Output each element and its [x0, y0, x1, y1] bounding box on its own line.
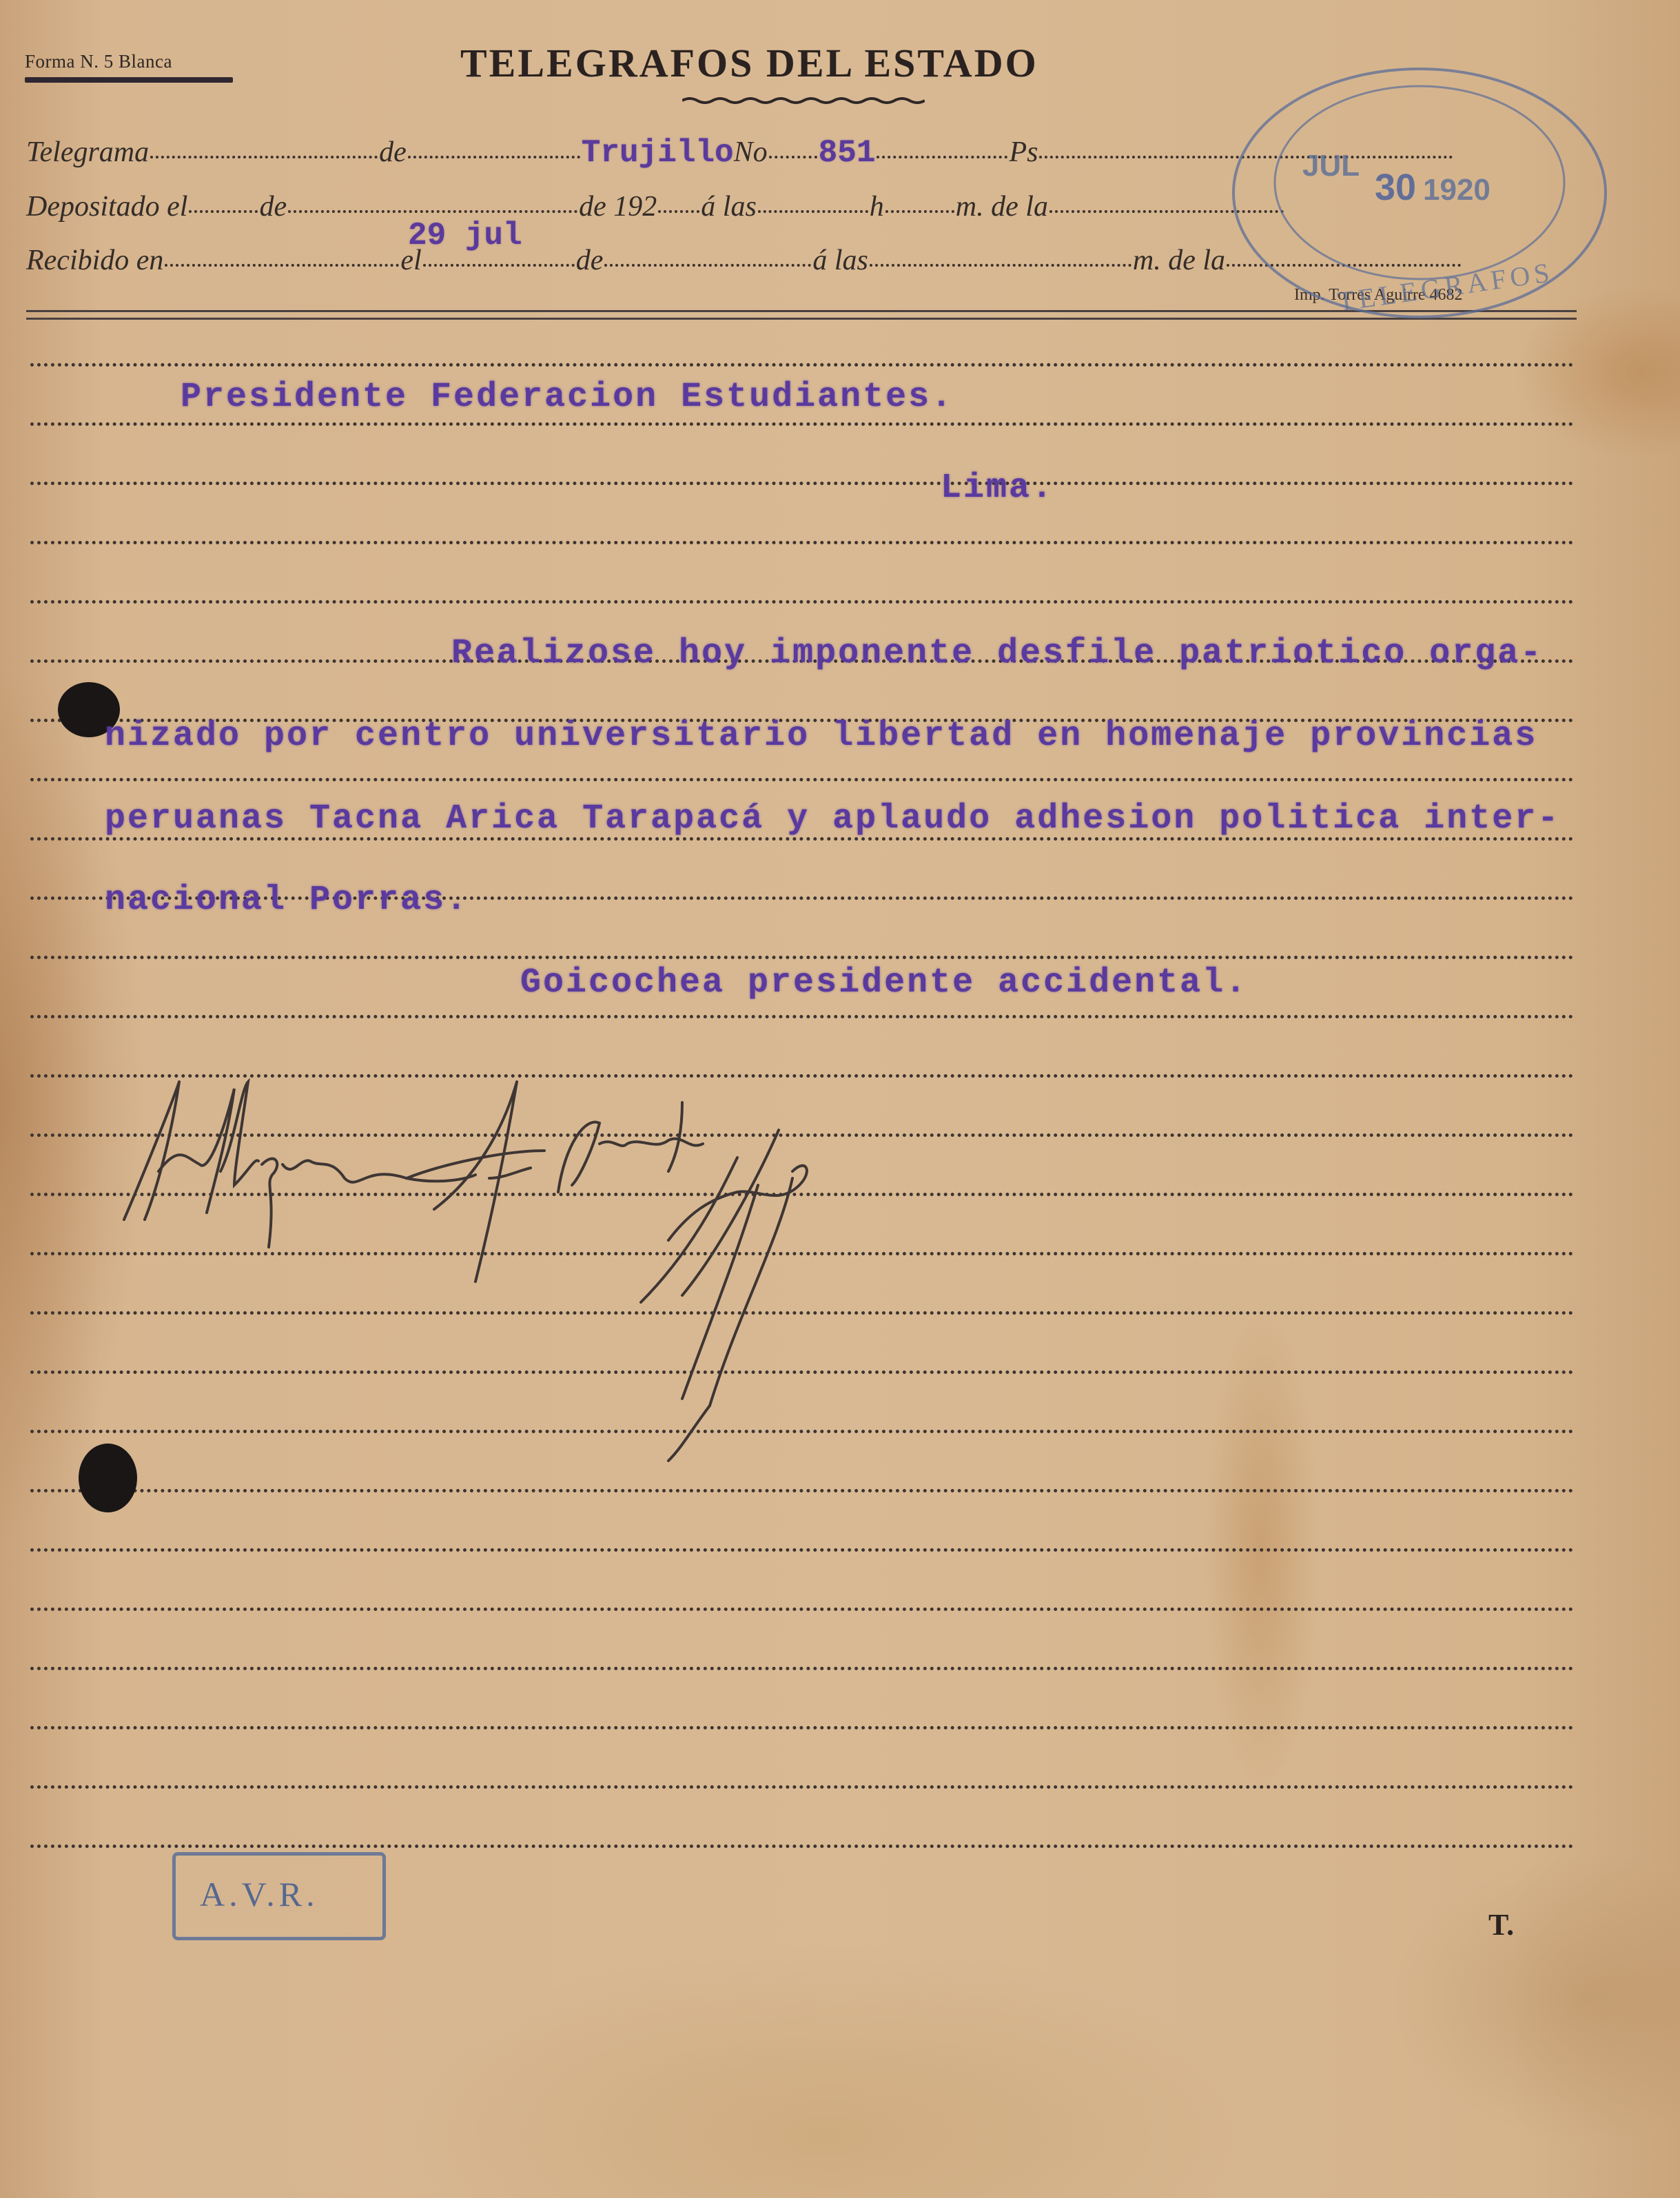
ruled-line: [30, 778, 1574, 781]
no-blank-lead: [769, 156, 817, 158]
stamp-ring-text: TELEGRAFOS: [1335, 256, 1555, 317]
m-de-la-label: m. de la: [1133, 245, 1225, 276]
stamp-month: JUL: [1302, 149, 1360, 183]
el-blank: [423, 264, 575, 267]
a-las-label: á las: [701, 191, 757, 223]
telegrama-blank: [150, 156, 378, 158]
m-de-la-label: m. de la: [956, 191, 1048, 223]
h-label: h: [870, 191, 884, 223]
el-label: el: [400, 245, 421, 276]
de-label: de: [576, 245, 604, 276]
ruled-line: [30, 1845, 1574, 1848]
recibido-hour-blank: [870, 264, 1131, 267]
message-line-3: peruanas Tacna Arica Tarapacá y aplaudo …: [105, 799, 1560, 839]
ruled-line: [30, 600, 1574, 604]
form-number-label: Forma N. 5 Blanca: [25, 51, 172, 72]
form-row-depositado: Depositado eldede 192á lashm. de la: [26, 190, 1285, 223]
hour-blank: [758, 210, 868, 213]
ruled-line: [30, 956, 1574, 959]
ruled-line: [30, 363, 1574, 367]
depositado-month-blank: [288, 210, 577, 213]
message-line-4: nacional Porras.: [105, 881, 469, 920]
stamp-year: 1920: [1423, 173, 1491, 207]
message-line-1: Realizose hoy imponente desfile patrioti…: [451, 634, 1543, 673]
ruled-line: [30, 1489, 1574, 1492]
ruled-line: [30, 482, 1574, 485]
ps-label: Ps: [1009, 136, 1038, 168]
minute-blank: [885, 210, 954, 213]
addressee-city: Lima.: [941, 469, 1054, 508]
form-label-underline: [25, 77, 233, 83]
stamp-day: 30: [1375, 167, 1416, 208]
de-label: de: [259, 191, 287, 223]
recibido-label: Recibido en: [26, 245, 163, 276]
ruled-line: [30, 1667, 1574, 1670]
no-blank-tail: [877, 156, 1007, 158]
a-las-label: á las: [812, 245, 868, 276]
telegrafos-date-stamp: JUL 30 1920 TELEGRAFOS: [1213, 62, 1612, 324]
depositado-label: Depositado el: [26, 191, 187, 223]
message-line-2: nizado por centro universitario libertad…: [105, 717, 1537, 756]
ruled-line: [30, 1608, 1574, 1611]
de-label: de: [379, 136, 407, 168]
ruled-line: [30, 422, 1574, 426]
telegrama-label: Telegrama: [26, 136, 149, 168]
addressee-line: Presidente Federacion Estudiantes.: [181, 378, 954, 417]
initials-stamp-text: A.V.R.: [200, 1874, 319, 1914]
sender-signature-line: Goicochea presidente accidental.: [520, 963, 1248, 1003]
de-blank-lead: [408, 156, 580, 158]
ruled-line: [30, 541, 1574, 544]
depositado-day-blank: [189, 210, 258, 213]
recibido-month-blank: [604, 264, 811, 267]
no-label: No: [734, 136, 768, 168]
ruled-line: [30, 1015, 1574, 1018]
ruled-line: [30, 1548, 1574, 1552]
origin-value: Trujillo: [582, 135, 734, 171]
year-blank: [658, 210, 699, 213]
year-label: de 192: [579, 191, 657, 223]
title-wave-ornament: [682, 95, 925, 106]
handwritten-signatures: [117, 1075, 1192, 1488]
telegram-number: 851: [819, 135, 876, 171]
recibido-place-blank: [165, 264, 399, 267]
form-mark-t: T.: [1488, 1907, 1514, 1942]
ruled-line: [30, 1785, 1574, 1789]
ruled-line: [30, 1726, 1574, 1729]
document-title: TELEGRAFOS DEL ESTADO: [460, 40, 1038, 86]
